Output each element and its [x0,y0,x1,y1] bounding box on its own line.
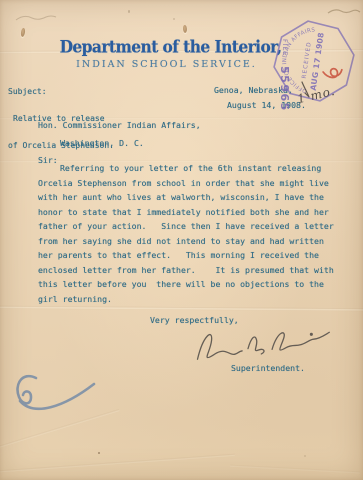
signer-title: Superintendent. [231,363,305,373]
body-line: enclosed letter from her father. It is p… [38,263,348,278]
file-number: 55965 [278,66,291,112]
paper-speck [304,455,306,457]
paper-speck [98,452,100,454]
paper-speck [173,18,175,20]
stamp-file-number: FILE 55965 [282,39,296,103]
body-line: Orcelia Stephenson from school in order … [38,176,348,191]
body-line: from her saying she did not intend to st… [38,234,348,249]
red-ink-mark [323,67,342,78]
wrinkle-mark [230,465,360,474]
paper-speck [128,10,130,13]
recipient-line: Hon. Commissioner Indian Affairs, [38,120,201,130]
letter-page: Department of the Interior, INDIAN SCHOO… [0,0,363,480]
blue-pencil-initial [10,365,150,425]
body-line: honor to state that I immediately notifi… [38,205,348,220]
body-line: this letter before you there will be no … [38,277,348,292]
punch-hole [183,25,188,33]
stamp-date-text: AUG 17 1908 [309,32,326,91]
subject-block: Subject: Relative to release of Orcelia … [8,69,114,168]
body-line: Referring to your letter of the 6th inst… [38,161,348,176]
body-line: father of your action. Since then I have… [38,219,348,234]
body-line: her parents to that effect. This morning… [38,248,348,263]
body-line: with her aunt who lives at walworth, wis… [38,190,348,205]
file-label: FILE [281,39,289,56]
recipient-line: Washington, D. C. [60,138,144,148]
fold-crease-lower [0,306,363,312]
body-line: girl returning. [38,292,348,307]
letter-body: Referring to your letter of the 6th inst… [38,161,348,306]
wrinkle-mark [0,454,235,472]
subject-label: Subject: [8,87,114,96]
pencil-scuff-icon [12,10,62,26]
